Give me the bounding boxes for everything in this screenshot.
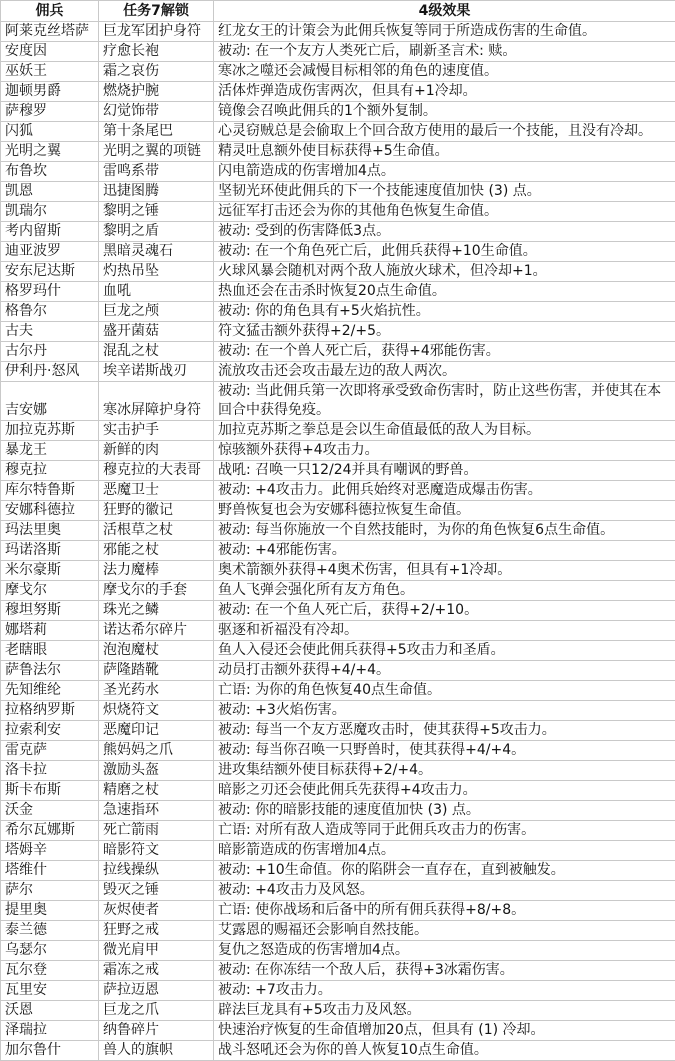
mercenary-name-cell: 安度因 xyxy=(1,42,99,62)
mercenary-name-cell: 加拉克苏斯 xyxy=(1,421,99,441)
unlock-item-cell: 黎明之锤 xyxy=(99,202,214,222)
effect-cell: 鱼人飞弹会强化所有友方角色。 xyxy=(214,581,675,601)
table-row: 拉格纳罗斯炽烧符文被动: +3火焰伤害。 xyxy=(1,701,675,721)
effect-cell: 闪电箭造成的伤害增加4点。 xyxy=(214,162,675,182)
effect-cell: 被动: +4攻击力。此佣兵始终对恶魔造成爆击伤害。 xyxy=(214,481,675,501)
unlock-item-cell: 混乱之杖 xyxy=(99,342,214,362)
effect-cell: 被动: +3火焰伤害。 xyxy=(214,701,675,721)
unlock-item-cell: 熊妈妈之爪 xyxy=(99,741,214,761)
effect-cell: 奥术箭额外获得+4奥术伤害，但具有+1冷却。 xyxy=(214,561,675,581)
table-row: 古夫盛开菌菇符文猛击额外获得+2/+5。 xyxy=(1,322,675,342)
unlock-item-cell: 血吼 xyxy=(99,282,214,302)
table-row: 玛法里奥活根草之杖被动: 每当你施放一个自然技能时，为你的角色恢复6点生命值。 xyxy=(1,521,675,541)
unlock-item-cell: 巨龙之颅 xyxy=(99,302,214,322)
table-row: 库尔特鲁斯恶魔卫士被动: +4攻击力。此佣兵始终对恶魔造成爆击伤害。 xyxy=(1,481,675,501)
table-row: 安娜科德拉狂野的徽记野兽恢复也会为安娜科德拉恢复生命值。 xyxy=(1,501,675,521)
unlock-item-cell: 幻觉饰带 xyxy=(99,102,214,122)
unlock-item-cell: 盛开菌菇 xyxy=(99,322,214,342)
unlock-item-cell: 邪能之杖 xyxy=(99,541,214,561)
effect-cell: 热血还会在击杀时恢复20点生命值。 xyxy=(214,282,675,302)
effect-cell: 镜像会召唤此佣兵的1个额外复制。 xyxy=(214,102,675,122)
mercenary-name-cell: 玛法里奥 xyxy=(1,521,99,541)
effect-cell: 寒冰之噬还会减慢目标相邻的角色的速度值。 xyxy=(214,62,675,82)
header-row: 佣兵 任务7解锁 4级效果 xyxy=(1,1,675,22)
mercenary-name-cell: 安东尼达斯 xyxy=(1,262,99,282)
mercenary-name-cell: 雷克萨 xyxy=(1,741,99,761)
effect-cell: 心灵窃贼总是会偷取上个回合敌方使用的最后一个技能，且没有冷却。 xyxy=(214,122,675,142)
effect-cell: 战斗怒吼还会为你的兽人恢复10点生命值。 xyxy=(214,1041,675,1061)
mercenary-name-cell: 光明之翼 xyxy=(1,142,99,162)
unlock-item-cell: 圣光药水 xyxy=(99,681,214,701)
effect-cell: 被动: 当此佣兵第一次即将承受致命伤害时，防止这些伤害，并使其在本回合中获得免疫… xyxy=(214,382,675,421)
effect-cell: 远征军打击还会为你的其他角色恢复生命值。 xyxy=(214,202,675,222)
unlock-item-cell: 新鲜的肉 xyxy=(99,441,214,461)
unlock-item-cell: 活根草之杖 xyxy=(99,521,214,541)
mercenary-name-cell: 泽瑞拉 xyxy=(1,1021,99,1041)
table-row: 巫妖王霜之哀伤寒冰之噬还会减慢目标相邻的角色的速度值。 xyxy=(1,62,675,82)
mercenary-name-cell: 拉格纳罗斯 xyxy=(1,701,99,721)
effect-cell: 暗影之刃还会使此佣兵先获得+4攻击力。 xyxy=(214,781,675,801)
unlock-item-cell: 狂野之戒 xyxy=(99,921,214,941)
mercenary-name-cell: 瓦尔登 xyxy=(1,961,99,981)
mercenary-name-cell: 凯瑞尔 xyxy=(1,202,99,222)
unlock-item-cell: 恶魔卫士 xyxy=(99,481,214,501)
table-row: 伊利丹·怒风埃辛诺斯战刃流放攻击还会攻击最左边的敌人两次。 xyxy=(1,362,675,382)
mercenary-name-cell: 米尔豪斯 xyxy=(1,561,99,581)
mercenary-name-cell: 格鲁尔 xyxy=(1,302,99,322)
mercenary-name-cell: 玛诺洛斯 xyxy=(1,541,99,561)
effect-cell: 符文猛击额外获得+2/+5。 xyxy=(214,322,675,342)
unlock-item-cell: 第十条尾巴 xyxy=(99,122,214,142)
unlock-item-cell: 灼热吊坠 xyxy=(99,262,214,282)
unlock-item-cell: 实击护手 xyxy=(99,421,214,441)
mercenary-name-cell: 先知维纶 xyxy=(1,681,99,701)
unlock-item-cell: 巨龙之爪 xyxy=(99,1001,214,1021)
unlock-item-cell: 雷鸣系带 xyxy=(99,162,214,182)
unlock-item-cell: 摩戈尔的手套 xyxy=(99,581,214,601)
unlock-item-cell: 暗影符文 xyxy=(99,841,214,861)
unlock-item-cell: 疗愈长袍 xyxy=(99,42,214,62)
table-row: 加尔鲁什兽人的旗帜战斗怒吼还会为你的兽人恢复10点生命值。 xyxy=(1,1041,675,1061)
unlock-item-cell: 光明之翼的项链 xyxy=(99,142,214,162)
mercenary-name-cell: 库尔特鲁斯 xyxy=(1,481,99,501)
effect-cell: 被动: 每当你召唤一只野兽时，使其获得+4/+4。 xyxy=(214,741,675,761)
table-row: 塔姆辛暗影符文暗影箭造成的伤害增加4点。 xyxy=(1,841,675,861)
mercenary-name-cell: 沃金 xyxy=(1,801,99,821)
table-row: 萨穆罗幻觉饰带镜像会召唤此佣兵的1个额外复制。 xyxy=(1,102,675,122)
mercenary-name-cell: 塔维什 xyxy=(1,861,99,881)
table-row: 洛卡拉激励头盔进攻集结额外使目标获得+2/+4。 xyxy=(1,761,675,781)
effect-cell: 驱逐和祈福没有冷却。 xyxy=(214,621,675,641)
table-row: 泽瑞拉纳鲁碎片快速治疗恢复的生命值增加20点，但具有 (1) 冷却。 xyxy=(1,1021,675,1041)
mercenary-name-cell: 老瞎眼 xyxy=(1,641,99,661)
mercenary-name-cell: 希尔瓦娜斯 xyxy=(1,821,99,841)
unlock-item-cell: 法力魔棒 xyxy=(99,561,214,581)
unlock-item-cell: 狂野的徽记 xyxy=(99,501,214,521)
table-row: 格鲁尔巨龙之颅被动: 你的角色具有+5火焰抗性。 xyxy=(1,302,675,322)
unlock-item-cell: 萨隆踏靴 xyxy=(99,661,214,681)
effect-cell: 被动: 在一个兽人死亡后，获得+4邪能伤害。 xyxy=(214,342,675,362)
effect-cell: 被动: +4攻击力及风怒。 xyxy=(214,881,675,901)
mercenary-name-cell: 乌瑟尔 xyxy=(1,941,99,961)
mercenary-name-cell: 古夫 xyxy=(1,322,99,342)
effect-cell: 亡语: 使你战场和后备中的所有佣兵获得+8/+8。 xyxy=(214,901,675,921)
unlock-item-cell: 寒冰屏障护身符 xyxy=(99,382,214,421)
mercenary-name-cell: 考内留斯 xyxy=(1,222,99,242)
mercenary-name-cell: 沃恩 xyxy=(1,1001,99,1021)
mercenary-name-cell: 凯恩 xyxy=(1,182,99,202)
effect-cell: 动员打击额外获得+4/+4。 xyxy=(214,661,675,681)
unlock-item-cell: 珠光之鳞 xyxy=(99,601,214,621)
mercenary-name-cell: 萨鲁法尔 xyxy=(1,661,99,681)
mercenary-name-cell: 洛卡拉 xyxy=(1,761,99,781)
mercenary-name-cell: 泰兰德 xyxy=(1,921,99,941)
mercenary-name-cell: 吉安娜 xyxy=(1,382,99,421)
mercenary-name-cell: 阿莱克丝塔萨 xyxy=(1,22,99,42)
header-mercenary: 佣兵 xyxy=(1,1,99,22)
effect-cell: 鱼人入侵还会使此佣兵获得+5攻击力和圣盾。 xyxy=(214,641,675,661)
effect-cell: 被动: 在一个角色死亡后，此佣兵获得+10生命值。 xyxy=(214,242,675,262)
mercenary-name-cell: 伊利丹·怒风 xyxy=(1,362,99,382)
table-header: 佣兵 任务7解锁 4级效果 xyxy=(1,1,675,22)
table-row: 萨尔毁灭之锤被动: +4攻击力及风怒。 xyxy=(1,881,675,901)
table-row: 加拉克苏斯实击护手加拉克苏斯之拳总是会以生命值最低的敌人为目标。 xyxy=(1,421,675,441)
mercenary-name-cell: 巫妖王 xyxy=(1,62,99,82)
table-row: 提里奥灰烬使者亡语: 使你战场和后备中的所有佣兵获得+8/+8。 xyxy=(1,901,675,921)
unlock-item-cell: 激励头盔 xyxy=(99,761,214,781)
table-row: 瓦里安萨拉迈恩被动: +7攻击力。 xyxy=(1,981,675,1001)
table-row: 暴龙王新鲜的肉惊骇额外获得+4攻击力。 xyxy=(1,441,675,461)
effect-cell: 被动: 在一个友方人类死亡后，刷新圣言术: 赎。 xyxy=(214,42,675,62)
effect-cell: 被动: 在一个鱼人死亡后，获得+2/+10。 xyxy=(214,601,675,621)
effect-cell: 红龙女王的计策会为此佣兵恢复等同于所造成伤害的生命值。 xyxy=(214,22,675,42)
table-row: 拉索利安恶魔印记被动: 每当一个友方恶魔攻击时，使其获得+5攻击力。 xyxy=(1,721,675,741)
unlock-item-cell: 兽人的旗帜 xyxy=(99,1041,214,1061)
table-row: 乌瑟尔微光肩甲复仇之怒造成的伤害增加4点。 xyxy=(1,941,675,961)
mercenary-name-cell: 迪亚波罗 xyxy=(1,242,99,262)
table-row: 安度因疗愈长袍被动: 在一个友方人类死亡后，刷新圣言术: 赎。 xyxy=(1,42,675,62)
mercenary-name-cell: 布鲁坎 xyxy=(1,162,99,182)
table-row: 吉安娜寒冰屏障护身符被动: 当此佣兵第一次即将承受致命伤害时，防止这些伤害，并使… xyxy=(1,382,675,421)
mercenary-name-cell: 穆坦努斯 xyxy=(1,601,99,621)
table-row: 斯卡布斯精磨之杖暗影之刃还会使此佣兵先获得+4攻击力。 xyxy=(1,781,675,801)
unlock-item-cell: 埃辛诺斯战刃 xyxy=(99,362,214,382)
unlock-item-cell: 死亡箭雨 xyxy=(99,821,214,841)
unlock-item-cell: 灰烬使者 xyxy=(99,901,214,921)
mercenary-name-cell: 瓦里安 xyxy=(1,981,99,1001)
table-row: 米尔豪斯法力魔棒奥术箭额外获得+4奥术伤害，但具有+1冷却。 xyxy=(1,561,675,581)
mercenary-name-cell: 暴龙王 xyxy=(1,441,99,461)
mercenary-name-cell: 萨穆罗 xyxy=(1,102,99,122)
mercenary-name-cell: 古尔丹 xyxy=(1,342,99,362)
unlock-item-cell: 精磨之杖 xyxy=(99,781,214,801)
merc-table-body: 阿莱克丝塔萨巨龙军团护身符红龙女王的计策会为此佣兵恢复等同于所造成伤害的生命值。… xyxy=(1,22,675,1061)
unlock-item-cell: 拉线操纵 xyxy=(99,861,214,881)
mercenary-name-cell: 塔姆辛 xyxy=(1,841,99,861)
table-row: 希尔瓦娜斯死亡箭雨亡语: 对所有敌人造成等同于此佣兵攻击力的伤害。 xyxy=(1,821,675,841)
unlock-item-cell: 燃烧护腕 xyxy=(99,82,214,102)
mercenary-table: 佣兵 任务7解锁 4级效果 阿莱克丝塔萨巨龙军团护身符红龙女王的计策会为此佣兵恢… xyxy=(0,0,675,1061)
mercenary-name-cell: 穆克拉 xyxy=(1,461,99,481)
table-row: 瓦尔登霜冻之戒被动: 在你冻结一个敌人后，获得+3冰霜伤害。 xyxy=(1,961,675,981)
table-row: 古尔丹混乱之杖被动: 在一个兽人死亡后，获得+4邪能伤害。 xyxy=(1,342,675,362)
unlock-item-cell: 微光肩甲 xyxy=(99,941,214,961)
effect-cell: 亡语: 对所有敌人造成等同于此佣兵攻击力的伤害。 xyxy=(214,821,675,841)
unlock-item-cell: 毁灭之锤 xyxy=(99,881,214,901)
effect-cell: 战吼: 召唤一只12/24并具有嘲讽的野兽。 xyxy=(214,461,675,481)
effect-cell: 辟法巨龙具有+5攻击力及风怒。 xyxy=(214,1001,675,1021)
effect-cell: 被动: 在你冻结一个敌人后，获得+3冰霜伤害。 xyxy=(214,961,675,981)
effect-cell: 活体炸弹造成伤害两次，但具有+1冷却。 xyxy=(214,82,675,102)
table-row: 凯恩迅捷图腾坚韧光环使此佣兵的下一个技能速度值加快 (3) 点。 xyxy=(1,182,675,202)
table-row: 玛诺洛斯邪能之杖被动: +4邪能伤害。 xyxy=(1,541,675,561)
mercenary-name-cell: 格罗玛什 xyxy=(1,282,99,302)
effect-cell: 加拉克苏斯之拳总是会以生命值最低的敌人为目标。 xyxy=(214,421,675,441)
table-row: 沃恩巨龙之爪辟法巨龙具有+5攻击力及风怒。 xyxy=(1,1001,675,1021)
effect-cell: 被动: 你的暗影技能的速度值加快 (3) 点。 xyxy=(214,801,675,821)
effect-cell: 火球风暴会随机对两个敌人施放火球术，但冷却+1。 xyxy=(214,262,675,282)
table-row: 格罗玛什血吼热血还会在击杀时恢复20点生命值。 xyxy=(1,282,675,302)
effect-cell: 快速治疗恢复的生命值增加20点，但具有 (1) 冷却。 xyxy=(214,1021,675,1041)
table-row: 先知维纶圣光药水亡语: 为你的角色恢复40点生命值。 xyxy=(1,681,675,701)
table-row: 摩戈尔摩戈尔的手套鱼人飞弹会强化所有友方角色。 xyxy=(1,581,675,601)
effect-cell: 被动: 受到的伤害降低3点。 xyxy=(214,222,675,242)
table-row: 迪亚波罗黑暗灵魂石被动: 在一个角色死亡后，此佣兵获得+10生命值。 xyxy=(1,242,675,262)
effect-cell: 惊骇额外获得+4攻击力。 xyxy=(214,441,675,461)
unlock-item-cell: 炽烧符文 xyxy=(99,701,214,721)
table-row: 泰兰德狂野之戒艾露恩的赐福还会影响自然技能。 xyxy=(1,921,675,941)
unlock-item-cell: 巨龙军团护身符 xyxy=(99,22,214,42)
table-row: 考内留斯黎明之盾被动: 受到的伤害降低3点。 xyxy=(1,222,675,242)
mercenary-name-cell: 迦顿男爵 xyxy=(1,82,99,102)
effect-cell: 坚韧光环使此佣兵的下一个技能速度值加快 (3) 点。 xyxy=(214,182,675,202)
effect-cell: 野兽恢复也会为安娜科德拉恢复生命值。 xyxy=(214,501,675,521)
effect-cell: 被动: +4邪能伤害。 xyxy=(214,541,675,561)
table-row: 光明之翼光明之翼的项链精灵吐息额外使目标获得+5生命值。 xyxy=(1,142,675,162)
unlock-item-cell: 穆克拉的大表哥 xyxy=(99,461,214,481)
mercenary-name-cell: 提里奥 xyxy=(1,901,99,921)
unlock-item-cell: 黑暗灵魂石 xyxy=(99,242,214,262)
table-row: 阿莱克丝塔萨巨龙军团护身符红龙女王的计策会为此佣兵恢复等同于所造成伤害的生命值。 xyxy=(1,22,675,42)
table-row: 沃金急速指环被动: 你的暗影技能的速度值加快 (3) 点。 xyxy=(1,801,675,821)
mercenary-name-cell: 安娜科德拉 xyxy=(1,501,99,521)
table-row: 塔维什拉线操纵被动: +10生命值。你的陷阱会一直存在，直到被触发。 xyxy=(1,861,675,881)
table-row: 安东尼达斯灼热吊坠火球风暴会随机对两个敌人施放火球术，但冷却+1。 xyxy=(1,262,675,282)
effect-cell: 复仇之怒造成的伤害增加4点。 xyxy=(214,941,675,961)
unlock-item-cell: 霜之哀伤 xyxy=(99,62,214,82)
table-row: 迦顿男爵燃烧护腕活体炸弹造成伤害两次，但具有+1冷却。 xyxy=(1,82,675,102)
mercenary-name-cell: 斯卡布斯 xyxy=(1,781,99,801)
unlock-item-cell: 黎明之盾 xyxy=(99,222,214,242)
mercenary-name-cell: 摩戈尔 xyxy=(1,581,99,601)
mercenary-name-cell: 娜塔莉 xyxy=(1,621,99,641)
effect-cell: 精灵吐息额外使目标获得+5生命值。 xyxy=(214,142,675,162)
table-row: 凯瑞尔黎明之锤远征军打击还会为你的其他角色恢复生命值。 xyxy=(1,202,675,222)
table-row: 萨鲁法尔萨隆踏靴动员打击额外获得+4/+4。 xyxy=(1,661,675,681)
unlock-item-cell: 霜冻之戒 xyxy=(99,961,214,981)
effect-cell: 艾露恩的赐福还会影响自然技能。 xyxy=(214,921,675,941)
mercenary-name-cell: 闪狐 xyxy=(1,122,99,142)
header-effect: 4级效果 xyxy=(214,1,675,22)
unlock-item-cell: 恶魔印记 xyxy=(99,721,214,741)
unlock-item-cell: 纳鲁碎片 xyxy=(99,1021,214,1041)
effect-cell: 进攻集结额外使目标获得+2/+4。 xyxy=(214,761,675,781)
effect-cell: 暗影箭造成的伤害增加4点。 xyxy=(214,841,675,861)
unlock-item-cell: 泡泡魔杖 xyxy=(99,641,214,661)
unlock-item-cell: 迅捷图腾 xyxy=(99,182,214,202)
effect-cell: 被动: 你的角色具有+5火焰抗性。 xyxy=(214,302,675,322)
mercenary-name-cell: 拉索利安 xyxy=(1,721,99,741)
table-row: 老瞎眼泡泡魔杖鱼人入侵还会使此佣兵获得+5攻击力和圣盾。 xyxy=(1,641,675,661)
mercenary-name-cell: 萨尔 xyxy=(1,881,99,901)
mercenary-name-cell: 加尔鲁什 xyxy=(1,1041,99,1061)
unlock-item-cell: 诺达希尔碎片 xyxy=(99,621,214,641)
header-unlock: 任务7解锁 xyxy=(99,1,214,22)
effect-cell: 被动: 每当一个友方恶魔攻击时，使其获得+5攻击力。 xyxy=(214,721,675,741)
table-row: 闪狐第十条尾巴心灵窃贼总是会偷取上个回合敌方使用的最后一个技能，且没有冷却。 xyxy=(1,122,675,142)
table-row: 穆克拉穆克拉的大表哥战吼: 召唤一只12/24并具有嘲讽的野兽。 xyxy=(1,461,675,481)
table-row: 布鲁坎雷鸣系带闪电箭造成的伤害增加4点。 xyxy=(1,162,675,182)
table-row: 娜塔莉诺达希尔碎片驱逐和祈福没有冷却。 xyxy=(1,621,675,641)
unlock-item-cell: 萨拉迈恩 xyxy=(99,981,214,1001)
effect-cell: 流放攻击还会攻击最左边的敌人两次。 xyxy=(214,362,675,382)
effect-cell: 被动: +10生命值。你的陷阱会一直存在，直到被触发。 xyxy=(214,861,675,881)
effect-cell: 被动: 每当你施放一个自然技能时，为你的角色恢复6点生命值。 xyxy=(214,521,675,541)
table-row: 穆坦努斯珠光之鳞被动: 在一个鱼人死亡后，获得+2/+10。 xyxy=(1,601,675,621)
table-row: 雷克萨熊妈妈之爪被动: 每当你召唤一只野兽时，使其获得+4/+4。 xyxy=(1,741,675,761)
effect-cell: 亡语: 为你的角色恢复40点生命值。 xyxy=(214,681,675,701)
unlock-item-cell: 急速指环 xyxy=(99,801,214,821)
effect-cell: 被动: +7攻击力。 xyxy=(214,981,675,1001)
